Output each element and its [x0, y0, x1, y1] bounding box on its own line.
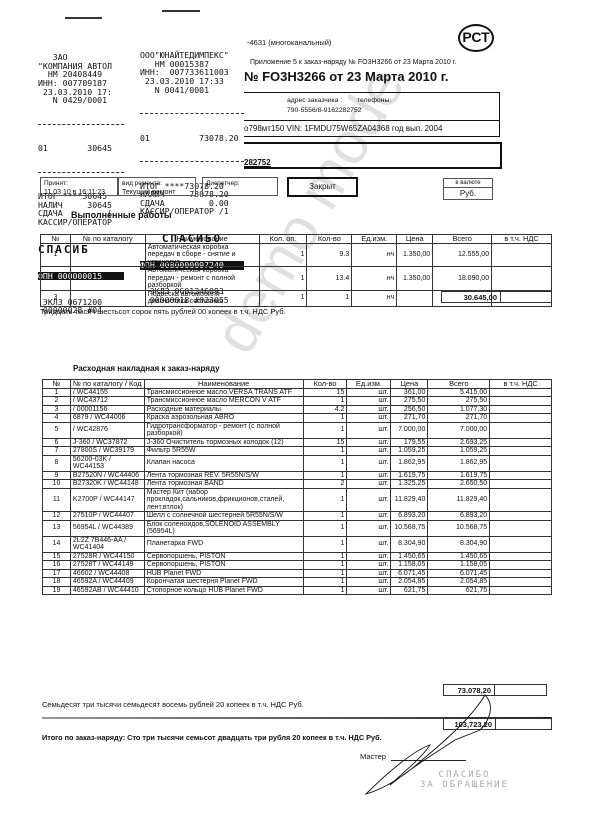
table-cell: 2.693,25 [428, 438, 490, 447]
table-cell: 10.568,75 [428, 520, 490, 536]
column-header: № [43, 380, 71, 389]
customer-address-label: адрес заказчика : [287, 97, 342, 104]
table-cell: шт. [347, 397, 391, 406]
phones-label: телефоны: [357, 97, 391, 104]
table-cell: 5.415,00 [428, 388, 490, 397]
table-cell: 1 [259, 243, 307, 267]
table-row: 1746602 / WC44408HUB Planet FWD1шт.6.071… [43, 569, 552, 578]
table-cell: 11.829,40 [391, 488, 428, 512]
receipt-item-line: 01 73078.20 [140, 134, 244, 143]
table-cell: 1.862,95 [428, 455, 490, 471]
table-cell: Автоматическая коробка передач в сборе -… [145, 243, 259, 267]
table-cell: Блок соленоидов,SOLENOID ASSEMBLY (56954… [144, 520, 303, 536]
table-cell: Краска аэрозольная ABRO [144, 414, 303, 423]
parts-table: №№ по каталогу / КодНаименованиеКол-воЕд… [42, 379, 552, 595]
table-cell: 6.893,20 [428, 512, 490, 521]
table-cell: Корончатая шестерня Planet FWD [144, 578, 303, 587]
accepted-value: 11.03.10 в 16:11:23 [44, 188, 114, 197]
currency-box: в валюте Руб. [443, 178, 493, 200]
table-cell: 271,70 [391, 414, 428, 423]
table-cell: 1 [41, 243, 71, 267]
table-cell: 1.158,05 [391, 561, 428, 570]
table-cell: J-360 / WC37872 [70, 438, 144, 447]
table-cell: 1 [303, 455, 347, 471]
table-cell [492, 267, 552, 291]
parts-total-words: Семьдесят три тысячи семьдесят восемь ру… [42, 700, 304, 709]
repair-type-box: вид ремонта: Текущий ремонт [118, 177, 196, 196]
column-header: Цена [397, 235, 433, 244]
table-row: 1527528R / WC44150Сервопоршень, PISTON1ш… [43, 552, 552, 561]
column-header: в т.ч. НДС [490, 380, 552, 389]
table-row: 10B27320K / WC44148Лента тормозная BAND2… [43, 480, 552, 489]
table-cell: 12 [43, 512, 71, 521]
table-cell: 275,50 [428, 397, 490, 406]
table-cell: 1 [303, 569, 347, 578]
table-cell: 16 [43, 561, 71, 570]
table-row: 1Автоматическая коробка передач в сборе … [41, 243, 552, 267]
table-cell [490, 552, 552, 561]
table-row: 2Автоматическая коробка передач - ремонт… [41, 267, 552, 291]
table-cell [490, 414, 552, 423]
works-vat-total [501, 291, 552, 303]
table-cell: 2.054,85 [428, 578, 490, 587]
table-cell: Шелл с солнечной шестерней 5R55N/S/W [144, 512, 303, 521]
table-cell: 1 [303, 552, 347, 561]
table-cell: 1 [303, 520, 347, 536]
table-cell: 2.054,85 [391, 578, 428, 587]
table-row: 2/ WC43712Трансмиссионное масло MERCON V… [43, 397, 552, 406]
table-cell: шт. [347, 520, 391, 536]
table-cell: 11.829,40 [428, 488, 490, 512]
table-cell: Фильтр 5R55W [144, 447, 303, 456]
table-cell: 19 [43, 586, 71, 595]
table-row: 1/ WC44155Трансмиссионное масло VERSA TR… [43, 388, 552, 397]
table-cell: 27800S / WC39179 [70, 447, 144, 456]
table-cell: шт. [347, 414, 391, 423]
table-cell: / WC44155 [70, 388, 144, 397]
table-cell: / 00001156 [70, 405, 144, 414]
table-cell [70, 290, 145, 306]
table-cell: 7.000,00 [391, 422, 428, 438]
table-cell: 56200-03K / WC44153 [70, 455, 144, 471]
table-cell: 1.619,75 [428, 471, 490, 480]
table-cell: шт. [347, 480, 391, 489]
table-cell: 4.2 [303, 405, 347, 414]
scan-mark [162, 10, 200, 12]
table-cell [490, 586, 552, 595]
table-cell: 4 [43, 414, 71, 423]
column-header: Кол. оп. [259, 235, 307, 244]
dispatcher-label: Диспетчер: [206, 179, 274, 188]
accepted-label: Принят: [44, 179, 114, 188]
table-cell: 1.158,05 [428, 561, 490, 570]
currency-value: Руб. [444, 188, 492, 200]
table-cell [490, 397, 552, 406]
table-cell: 1 [303, 578, 347, 587]
table-cell: 1.450,65 [428, 552, 490, 561]
table-cell: 3 [41, 290, 71, 306]
currency-label: в валюте [444, 179, 492, 188]
table-cell: 46602 / WC44408 [70, 569, 144, 578]
column-header: № [41, 235, 71, 244]
table-row: 11K2700P / WC44147Мастер Кит (набор прок… [43, 488, 552, 512]
table-cell: 8.304,90 [428, 536, 490, 552]
table-cell: 18 [43, 578, 71, 587]
table-cell: 17 [43, 569, 71, 578]
table-cell [490, 388, 552, 397]
parts-title: Расходная накладная к заказ-наряду [73, 364, 220, 373]
status-badge: Закрыт [287, 177, 358, 197]
table-cell: 46592A / WC44409 [70, 578, 144, 587]
table-cell [490, 480, 552, 489]
column-header: № по каталогу / Код [70, 380, 144, 389]
column-header: Всего [428, 380, 490, 389]
table-cell [490, 536, 552, 552]
table-cell [490, 471, 552, 480]
table-cell: 1 [303, 512, 347, 521]
contact-phone: 282752 [244, 158, 271, 167]
table-cell: 9 [43, 471, 71, 480]
table-cell: 7 [43, 447, 71, 456]
table-cell: 361,00 [391, 388, 428, 397]
table-cell: шт. [347, 488, 391, 512]
table-cell [492, 243, 552, 267]
table-cell: 6879 / WC44006 [70, 414, 144, 423]
table-cell: J-360 Очиститель тормозных колодок (12) [144, 438, 303, 447]
table-cell: Трансмиссионное масло MERCON V ATF [144, 397, 303, 406]
table-cell: Сервопоршень, PISTON [144, 552, 303, 561]
phones-value: 790-5556/8-9162282752 [287, 107, 361, 114]
table-cell: шт. [347, 552, 391, 561]
scan-mark [65, 17, 102, 19]
table-cell: 1 [259, 290, 307, 306]
column-header: Наименование [145, 235, 259, 244]
table-cell: 621,75 [391, 586, 428, 595]
table-cell: 15 [43, 552, 71, 561]
table-cell: 46592AB / WC44410 [70, 586, 144, 595]
table-cell: 1 [307, 290, 352, 306]
table-cell: 1 [303, 447, 347, 456]
table-cell: шт. [347, 438, 391, 447]
appendix-note: Приложение 5 к заказ-наряду № FO3H3266 о… [250, 59, 456, 66]
table-cell [490, 569, 552, 578]
receipt-item-line: 01 30645 [38, 144, 124, 153]
vehicle-info: о798мт150 VIN: 1FMDU75W65ZA04368 год вып… [244, 124, 442, 133]
table-cell: Сервопоршень, PISTON [144, 561, 303, 570]
table-cell: 8 [43, 455, 71, 471]
table-cell: 14 [43, 536, 71, 552]
grand-vat-total [496, 718, 552, 730]
table-cell: / WC42876 [70, 422, 144, 438]
table-cell: 3 [43, 405, 71, 414]
table-row: 9B27520N / WC44406Лента тормозная REV. 5… [43, 471, 552, 480]
table-cell: шт. [347, 561, 391, 570]
table-row: 1846592A / WC44409Корончатая шестерня Pl… [43, 578, 552, 587]
table-cell [397, 290, 433, 306]
table-cell: 2 [43, 397, 71, 406]
table-row: 5/ WC42876Гидротрансформатор - ремонт (с… [43, 422, 552, 438]
dispatcher-box: Диспетчер: [202, 177, 278, 196]
contact-box [244, 142, 502, 169]
table-cell: шт. [347, 569, 391, 578]
table-cell: 11 [43, 488, 71, 512]
column-header: Цена [391, 380, 428, 389]
table-cell: шт. [347, 586, 391, 595]
table-cell: 1.059,25 [428, 447, 490, 456]
document-title: № FO3H3266 от 23 Марта 2010 г. [244, 69, 448, 84]
table-cell: 10.568,75 [391, 520, 428, 536]
works-total: 30.645,00 [441, 291, 501, 303]
table-cell: 6 [43, 438, 71, 447]
table-cell: 15 [303, 438, 347, 447]
table-cell: 1 [303, 397, 347, 406]
column-header: Ед.изм. [347, 380, 391, 389]
repair-type-value: Текущий ремонт [122, 188, 192, 197]
table-cell: 1 [259, 267, 307, 291]
table-cell: шт. [347, 455, 391, 471]
table-row: 1356954L / WC44389Блок соленоидов,SOLENO… [43, 520, 552, 536]
table-cell: 6.071,45 [391, 569, 428, 578]
table-cell [490, 447, 552, 456]
table-cell [490, 488, 552, 512]
table-cell: Лента тормозная BAND [144, 480, 303, 489]
table-cell: 2 [303, 480, 347, 489]
column-header: № по каталогу [70, 235, 145, 244]
table-cell [490, 561, 552, 570]
table-cell: 1.862,95 [391, 455, 428, 471]
table-cell: 7.000,00 [428, 422, 490, 438]
column-header: в т.ч. НДС [492, 235, 552, 244]
signature-scribble-icon [360, 690, 500, 800]
column-header: Наименование [144, 380, 303, 389]
table-cell: 13 [43, 520, 71, 536]
table-cell: 2 [41, 267, 71, 291]
table-cell: Лента тормозная REV. 5R55N/S/W [144, 471, 303, 480]
column-header: Ед.изм. [352, 235, 397, 244]
table-row: 1227510P / WC44407Шелл с солнечной шесте… [43, 512, 552, 521]
table-cell: 1.350,00 [397, 243, 433, 267]
table-cell: нч [352, 243, 397, 267]
table-row: 1627528T / WC44149Сервопоршень, PISTON1ш… [43, 561, 552, 570]
table-cell: нч [352, 267, 397, 291]
table-cell: / WC43712 [70, 397, 144, 406]
table-cell: 10 [43, 480, 71, 489]
table-cell: 1 [303, 561, 347, 570]
table-cell: Клапан насоса [144, 455, 303, 471]
table-cell: шт. [347, 578, 391, 587]
table-cell: 1.059,25 [391, 447, 428, 456]
table-cell [490, 512, 552, 521]
table-cell: Подвеска автомобиля - диагностика состоя… [145, 290, 259, 306]
parts-vat-total [495, 684, 547, 696]
table-cell [70, 243, 145, 267]
table-cell: 27510P / WC44407 [70, 512, 144, 521]
table-cell: 621,75 [428, 586, 490, 595]
table-row: 6J-360 / WC37872J-360 Очиститель тормозн… [43, 438, 552, 447]
table-cell: 1.077,30 [428, 405, 490, 414]
rst-logo-icon: РСТ [458, 24, 494, 52]
table-cell: 18.090,00 [433, 267, 492, 291]
table-cell: 179,55 [391, 438, 428, 447]
works-total-words: Тридцать тысяч шестьсот сорок пять рубле… [40, 307, 286, 316]
table-cell: 1.325,25 [391, 480, 428, 489]
table-cell: 13.4 [307, 267, 352, 291]
table-cell: шт. [347, 422, 391, 438]
table-cell: 1 [303, 471, 347, 480]
table-cell: 9.3 [307, 243, 352, 267]
table-cell: 27528R / WC44150 [70, 552, 144, 561]
works-title: Выполненные работы [71, 210, 172, 220]
table-cell [70, 267, 145, 291]
column-header: Кол-во [307, 235, 352, 244]
table-cell [490, 578, 552, 587]
table-cell: Трансмиссионное масло VERSA TRANS ATF [144, 388, 303, 397]
phone-line: -4631 (многоканальный) [247, 38, 331, 47]
table-row: 856200-03K / WC44153Клапан насоса1шт.1.8… [43, 455, 552, 471]
table-cell: 1 [303, 414, 347, 423]
column-header: Всего [433, 235, 492, 244]
table-cell: 12.555,00 [433, 243, 492, 267]
table-cell: 2.650,50 [428, 480, 490, 489]
table-cell: 1.450,65 [391, 552, 428, 561]
table-cell: шт. [347, 536, 391, 552]
table-cell [490, 422, 552, 438]
table-row: 1946592AB / WC44410Стопорное кольцо HUB … [43, 586, 552, 595]
table-cell [490, 520, 552, 536]
table-cell: Расходные материалы [144, 405, 303, 414]
table-cell: Автоматическая коробка передач - ремонт … [145, 267, 259, 291]
table-cell: 56954L / WC44389 [70, 520, 144, 536]
table-cell: 1.350,00 [397, 267, 433, 291]
table-cell: шт. [347, 388, 391, 397]
table-cell: 1 [43, 388, 71, 397]
table-cell: Мастер Кит (набор прокладок,сальников,фр… [144, 488, 303, 512]
table-cell: Планетарка FWD [144, 536, 303, 552]
table-cell: 6.893,20 [391, 512, 428, 521]
table-row: 3/ 00001156Расходные материалы4.2шт.256,… [43, 405, 552, 414]
table-cell [490, 455, 552, 471]
table-cell: 1.619,75 [391, 471, 428, 480]
table-cell: 27528T / WC44149 [70, 561, 144, 570]
table-cell: K2700P / WC44147 [70, 488, 144, 512]
table-cell: 1 [303, 536, 347, 552]
table-cell: 5 [43, 422, 71, 438]
table-cell: шт. [347, 405, 391, 414]
accepted-box: Принят: 11.03.10 в 16:11:23 [40, 177, 118, 196]
table-cell [490, 405, 552, 414]
table-cell: шт. [347, 512, 391, 521]
table-cell: 256,50 [391, 405, 428, 414]
table-row: 142L2Z 7B446-AA / WC41404Планетарка FWD1… [43, 536, 552, 552]
table-cell: 8.304,90 [391, 536, 428, 552]
table-cell: 1 [303, 488, 347, 512]
table-cell [490, 438, 552, 447]
table-cell: Гидротрансформатор - ремонт (с полной ра… [144, 422, 303, 438]
table-cell: шт. [347, 447, 391, 456]
table-cell: 1 [303, 422, 347, 438]
table-cell: 1 [303, 586, 347, 595]
table-cell: HUB Planet FWD [144, 569, 303, 578]
column-header: Кол-во [303, 380, 347, 389]
table-cell: 6.071,45 [428, 569, 490, 578]
table-row: 727800S / WC39179Фильтр 5R55W1шт.1.059,2… [43, 447, 552, 456]
table-cell: шт. [347, 471, 391, 480]
receipt-line: N 0429/0001 [38, 96, 124, 105]
table-cell: 15 [303, 388, 347, 397]
table-cell: 2L2Z 7B446-AA / WC41404 [70, 536, 144, 552]
table-cell: 275,50 [391, 397, 428, 406]
table-cell: Стопорное кольцо HUB Planet FWD [144, 586, 303, 595]
table-row: 46879 / WC44006Краска аэрозольная ABRO1ш… [43, 414, 552, 423]
table-cell: 271,70 [428, 414, 490, 423]
table-cell: нч [352, 290, 397, 306]
repair-type-label: вид ремонта: [122, 179, 192, 188]
receipt-line: N 0041/0001 [140, 86, 244, 95]
table-cell: B27320K / WC44148 [70, 480, 144, 489]
table-cell: B27520N / WC44406 [70, 471, 144, 480]
grand-total-words: Итого по заказ-наряду: Сто три тысячи се… [42, 733, 382, 742]
